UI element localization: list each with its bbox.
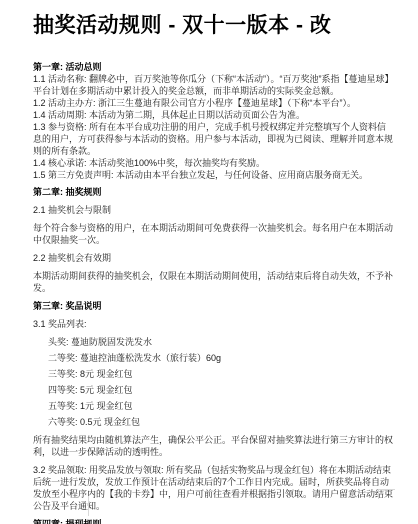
clause-1-4-period: 1.4 活动周期: 本活动为第二期，具体起止日期以活动页面公告为准。 [33,109,393,121]
subheading-2-1: 2.1 抽奖机会与限制 [33,204,393,216]
prize-item-grand: 头奖: 蔓迪防脱固发洗发水 [48,336,393,348]
paragraph-2-2: 本期活动期间获得的抽奖机会，仅限在本期活动期间使用，活动结束后将自动失效，不予补… [33,270,393,294]
subheading-2-2: 2.2 抽奖机会有效期 [33,252,393,264]
next-page-corner-right [378,489,395,499]
next-page-edge-left [88,496,89,516]
prize-item-fifth: 五等奖: 1元 现金红包 [48,400,393,412]
clause-1-2: 1.2 活动主办方: 浙江三生蔓迪有限公司官方小程序【蔓迪星球】（下称“本平台”… [33,97,393,109]
clause-1-4-promise: 1.4 核心承诺: 本活动奖池100%中奖，每次抽奖均有奖励。 [33,157,393,169]
paragraph-fairness: 所有抽奖结果均由随机算法产生，确保公平公正。平台保留对抽奖算法进行第三方审计的权… [33,434,393,458]
clause-1-1: 1.1 活动名称: 翻牌必中，百万奖池等你瓜分（下称“本活动”）。“百万奖池”系… [33,73,393,97]
prize-item-sixth: 六等奖: 0.5元 现金红包 [48,416,393,428]
paragraph-2-1: 每个符合参与资格的用户，在本期活动期间可免费获得一次抽奖机会。每名用户在本期活动… [33,222,393,246]
chapter-3-heading: 第三章: 奖品说明 [33,300,393,312]
subheading-3-1: 3.1 奖品列表: [33,318,393,330]
clause-1-3: 1.3 参与资格: 所有在本平台成功注册的用户，完成手机号授权绑定并完整填写个人… [33,121,393,157]
chapter-4-heading: 第四章: 提现规则 [33,518,393,524]
document-title: 抽奖活动规则 - 双十一版本 - 改 [33,13,393,39]
chapter-2-heading: 第二章: 抽奖规则 [33,186,393,198]
prize-item-second: 二等奖: 蔓迪控油蓬松洗发水（旅行装）60g [48,352,393,364]
paragraph-3-2: 3.2 奖品领取: 用奖品发放与领取: 所有奖品（包括实物奖品与现金红包）将在本… [33,464,393,512]
document-page: 抽奖活动规则 - 双十一版本 - 改 第一章: 活动总则 1.1 活动名称: 翻… [0,0,418,524]
document-body: 第一章: 活动总则 1.1 活动名称: 翻牌必中，百万奖池等你瓜分（下称“本活动… [33,61,393,524]
prize-item-fourth: 四等奖: 5元 现金红包 [48,384,393,396]
clause-1-5: 1.5 第三方免责声明: 本活动由本平台独立发起，与任何设备、应用商店服务商无关… [33,169,393,181]
prize-item-third: 三等奖: 8元 现金红包 [48,368,393,380]
chapter-1-heading: 第一章: 活动总则 [33,61,393,73]
